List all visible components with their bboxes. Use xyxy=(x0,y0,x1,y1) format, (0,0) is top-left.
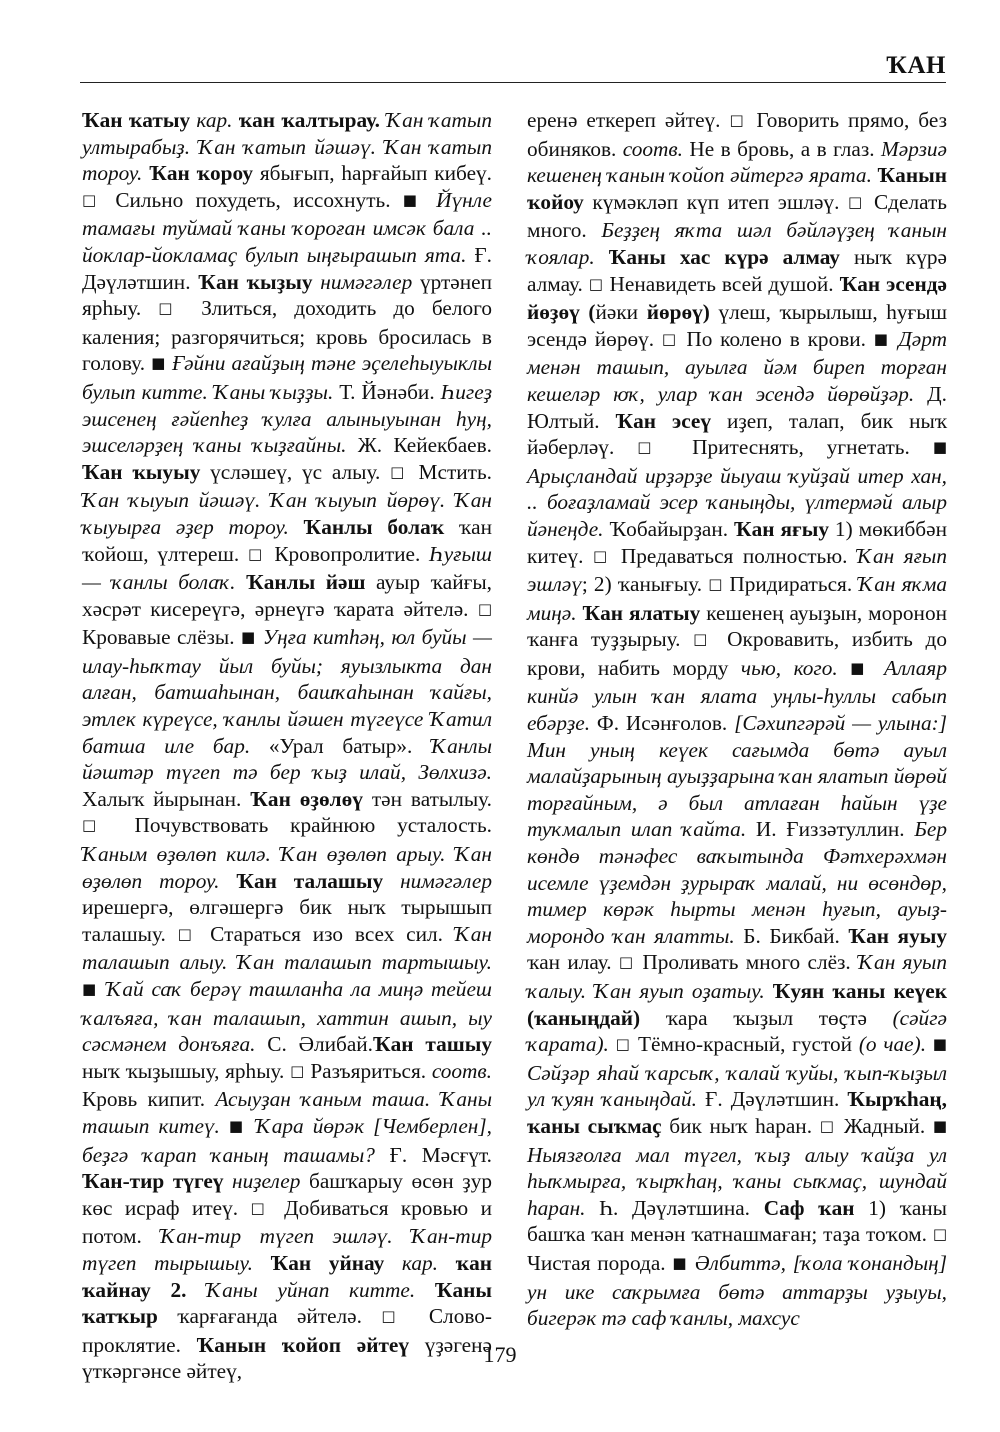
translation-marker-icon: □ xyxy=(478,600,492,618)
example-marker-icon: ■ xyxy=(672,1254,688,1272)
example-text: кар. xyxy=(402,1251,456,1275)
headword: Ҡан өҙөлөү xyxy=(250,787,372,811)
headword: Ҡан ҡыуыу xyxy=(82,460,210,484)
definition-text: Ф. Исәнғолов. xyxy=(597,711,734,735)
example-text: нимәгәлер xyxy=(320,270,420,294)
translation-marker-icon: □ xyxy=(637,438,669,456)
running-head: ҠАН xyxy=(886,52,946,80)
definition-text: Халыҡ йырынан. xyxy=(82,787,250,811)
headword: Ҡан талашыу xyxy=(236,869,400,893)
definition-text: ҡарғағанда әйтелә. xyxy=(177,1304,381,1328)
headword: Ҡан яғыу xyxy=(734,517,835,541)
headword: Ҡан уйнау xyxy=(271,1251,402,1275)
definition-text: Стараться изо всех сил. xyxy=(198,922,454,946)
definition-text: Ненавидеть всей душой. xyxy=(604,272,840,296)
translation-marker-icon: □ xyxy=(248,545,266,563)
definition-text: ҡара ҡыҙыл төҫтә xyxy=(666,1006,893,1030)
translation-marker-icon: □ xyxy=(708,575,723,593)
translation-marker-icon: □ xyxy=(251,1199,272,1217)
translation-marker-icon: □ xyxy=(820,1117,837,1135)
definition-text: «Урал батыр». xyxy=(269,734,431,758)
example-text: соотв. xyxy=(623,137,690,161)
definition-text: Почувствовать крайнюю усталость. xyxy=(113,813,492,837)
headword: Ҡаны хас күрә алмау xyxy=(609,245,854,269)
translation-marker-icon: □ xyxy=(662,330,679,348)
definition-text: Ҡобайырҙан. xyxy=(609,517,734,541)
example-marker-icon: ■ xyxy=(82,980,99,998)
definition-text: И. Ғиззәтуллин. xyxy=(756,817,914,841)
example-text: Ҡаны уйнап китте. xyxy=(206,1278,435,1302)
translation-marker-icon: □ xyxy=(729,111,747,129)
left-column-text: Ҡан ҡатыу кар. ҡан ҡалтырау. Ҡан ҡатып у… xyxy=(82,107,492,1385)
example-marker-icon: ■ xyxy=(874,330,891,348)
example-marker-icon: ■ xyxy=(241,628,256,646)
headword: Ҡан яуыу xyxy=(848,924,947,948)
headword: Ҡанлы болаҡ xyxy=(304,515,459,539)
definition-text: Т. Йәнәби. xyxy=(339,380,440,404)
right-column: еренә еткереп әйтеү. □ Говорить прямо, б… xyxy=(527,107,947,1332)
headword: Ҡан ташыу xyxy=(373,1032,492,1056)
example-text: ниҙелер xyxy=(232,1169,309,1193)
definition-text: Предаваться полностью. xyxy=(611,544,857,568)
headword: Ҡан эсеү xyxy=(616,409,727,433)
headword: ҡан ҡалтырау. xyxy=(239,108,386,132)
translation-marker-icon: □ xyxy=(616,1035,632,1053)
definition-text: еренә еткереп әйтеү. xyxy=(527,108,729,132)
translation-marker-icon: □ xyxy=(619,953,635,971)
translation-marker-icon: □ xyxy=(933,1225,947,1243)
translation-marker-icon: □ xyxy=(381,1307,409,1325)
example-marker-icon: ■ xyxy=(229,1117,247,1135)
definition-text: ныҡ ҡыҙышыу, ярһыу. xyxy=(82,1059,290,1083)
example-text: (о чае). xyxy=(859,1032,933,1056)
definition-text: Разъяриться. xyxy=(305,1059,432,1083)
definition-text: Чистая порода. xyxy=(527,1251,672,1275)
definition-text: Проливать много слёз. xyxy=(635,950,858,974)
definition-text: Ғ. Дәүләтшин. xyxy=(705,1087,847,1111)
definition-text: Жадный. xyxy=(836,1114,933,1138)
right-column-text: еренә еткереп әйтеү. □ Говорить прямо, б… xyxy=(527,107,947,1332)
example-marker-icon: ■ xyxy=(933,438,947,456)
definition-text: ; 2) ҡанығыу. xyxy=(582,572,708,596)
headword: Ҡан-тир түгеү xyxy=(82,1169,232,1193)
headword: Ҡанлы йәш xyxy=(246,570,376,594)
definition-text: Ғ. Мәсғүт. xyxy=(390,1143,492,1167)
definition-text: Ж. Кейекбаев. xyxy=(358,433,492,457)
definition-text: тән ватылыу. xyxy=(372,787,492,811)
example-marker-icon: ■ xyxy=(933,1117,947,1135)
definition-text: Тёмно-красный, густой xyxy=(631,1032,859,1056)
definition-text: С. Әлибай. xyxy=(267,1032,373,1056)
definition-text: Кровопролитие. xyxy=(266,542,429,566)
definition-text: Притеснять, угнетать. xyxy=(669,435,933,459)
translation-marker-icon: □ xyxy=(178,925,199,943)
example-marker-icon: ■ xyxy=(933,1035,947,1053)
translation-marker-icon: □ xyxy=(390,463,409,481)
left-column: Ҡан ҡатыу кар. ҡан ҡалтырау. Ҡан ҡатып у… xyxy=(82,107,492,1385)
headword: Саф ҡан xyxy=(764,1196,868,1220)
translation-marker-icon: □ xyxy=(589,275,604,293)
definition-text: ябығып, һарғайып кибеү. xyxy=(260,161,492,185)
page-header: ҠАН xyxy=(80,48,946,84)
definition-text: үсләшеү, үс алыу. xyxy=(210,460,390,484)
translation-marker-icon: □ xyxy=(290,1062,305,1080)
example-marker-icon: ■ xyxy=(403,191,424,209)
translation-marker-icon: □ xyxy=(593,547,611,565)
headword: йөрөү) xyxy=(647,300,719,324)
example-text: нимәгәлер xyxy=(400,869,492,893)
page-number: 179 xyxy=(0,1342,1000,1368)
translation-marker-icon: □ xyxy=(693,630,714,648)
header-rule xyxy=(80,82,946,83)
translation-marker-icon: □ xyxy=(82,191,103,209)
definition-text: Мстить. xyxy=(409,460,492,484)
example-text: чью, кого. xyxy=(741,656,850,680)
translation-marker-icon: □ xyxy=(848,193,865,211)
example-marker-icon: ■ xyxy=(151,354,166,372)
example-marker-icon: ■ xyxy=(850,659,871,677)
definition-text: Һ. Дәүләтшина. xyxy=(599,1196,764,1220)
definition-text: бик ныҡ һаран. xyxy=(669,1114,819,1138)
translation-marker-icon: □ xyxy=(158,299,184,317)
definition-text: Придираться. xyxy=(723,572,858,596)
definition-text: Сильно похудеть, иссохнуть. xyxy=(103,188,403,212)
headword: Ҡан ҡатыу xyxy=(82,108,196,132)
headword: Ҡан ялатыу xyxy=(583,601,707,625)
example-text: кар. xyxy=(196,108,238,132)
translation-marker-icon: □ xyxy=(82,816,113,834)
definition-text: ҡан илау. xyxy=(527,950,619,974)
example-text: соотв. xyxy=(432,1059,492,1083)
headword: Ҡан ҡороу xyxy=(149,161,260,185)
definition-text: йәки xyxy=(595,300,646,324)
definition-text: Б. Бикбай. xyxy=(743,924,848,948)
definition-text: По колено в крови. xyxy=(679,327,874,351)
definition-text: Кровь кипит. xyxy=(82,1087,215,1111)
definition-text: Кровавые слёзы. xyxy=(82,625,241,649)
headword: Ҡан ҡыҙыу xyxy=(198,270,320,294)
definition-text: күмәкләп күп итеп эшләү. xyxy=(592,190,848,214)
definition-text: Не в бровь, а в глаз. xyxy=(689,137,881,161)
